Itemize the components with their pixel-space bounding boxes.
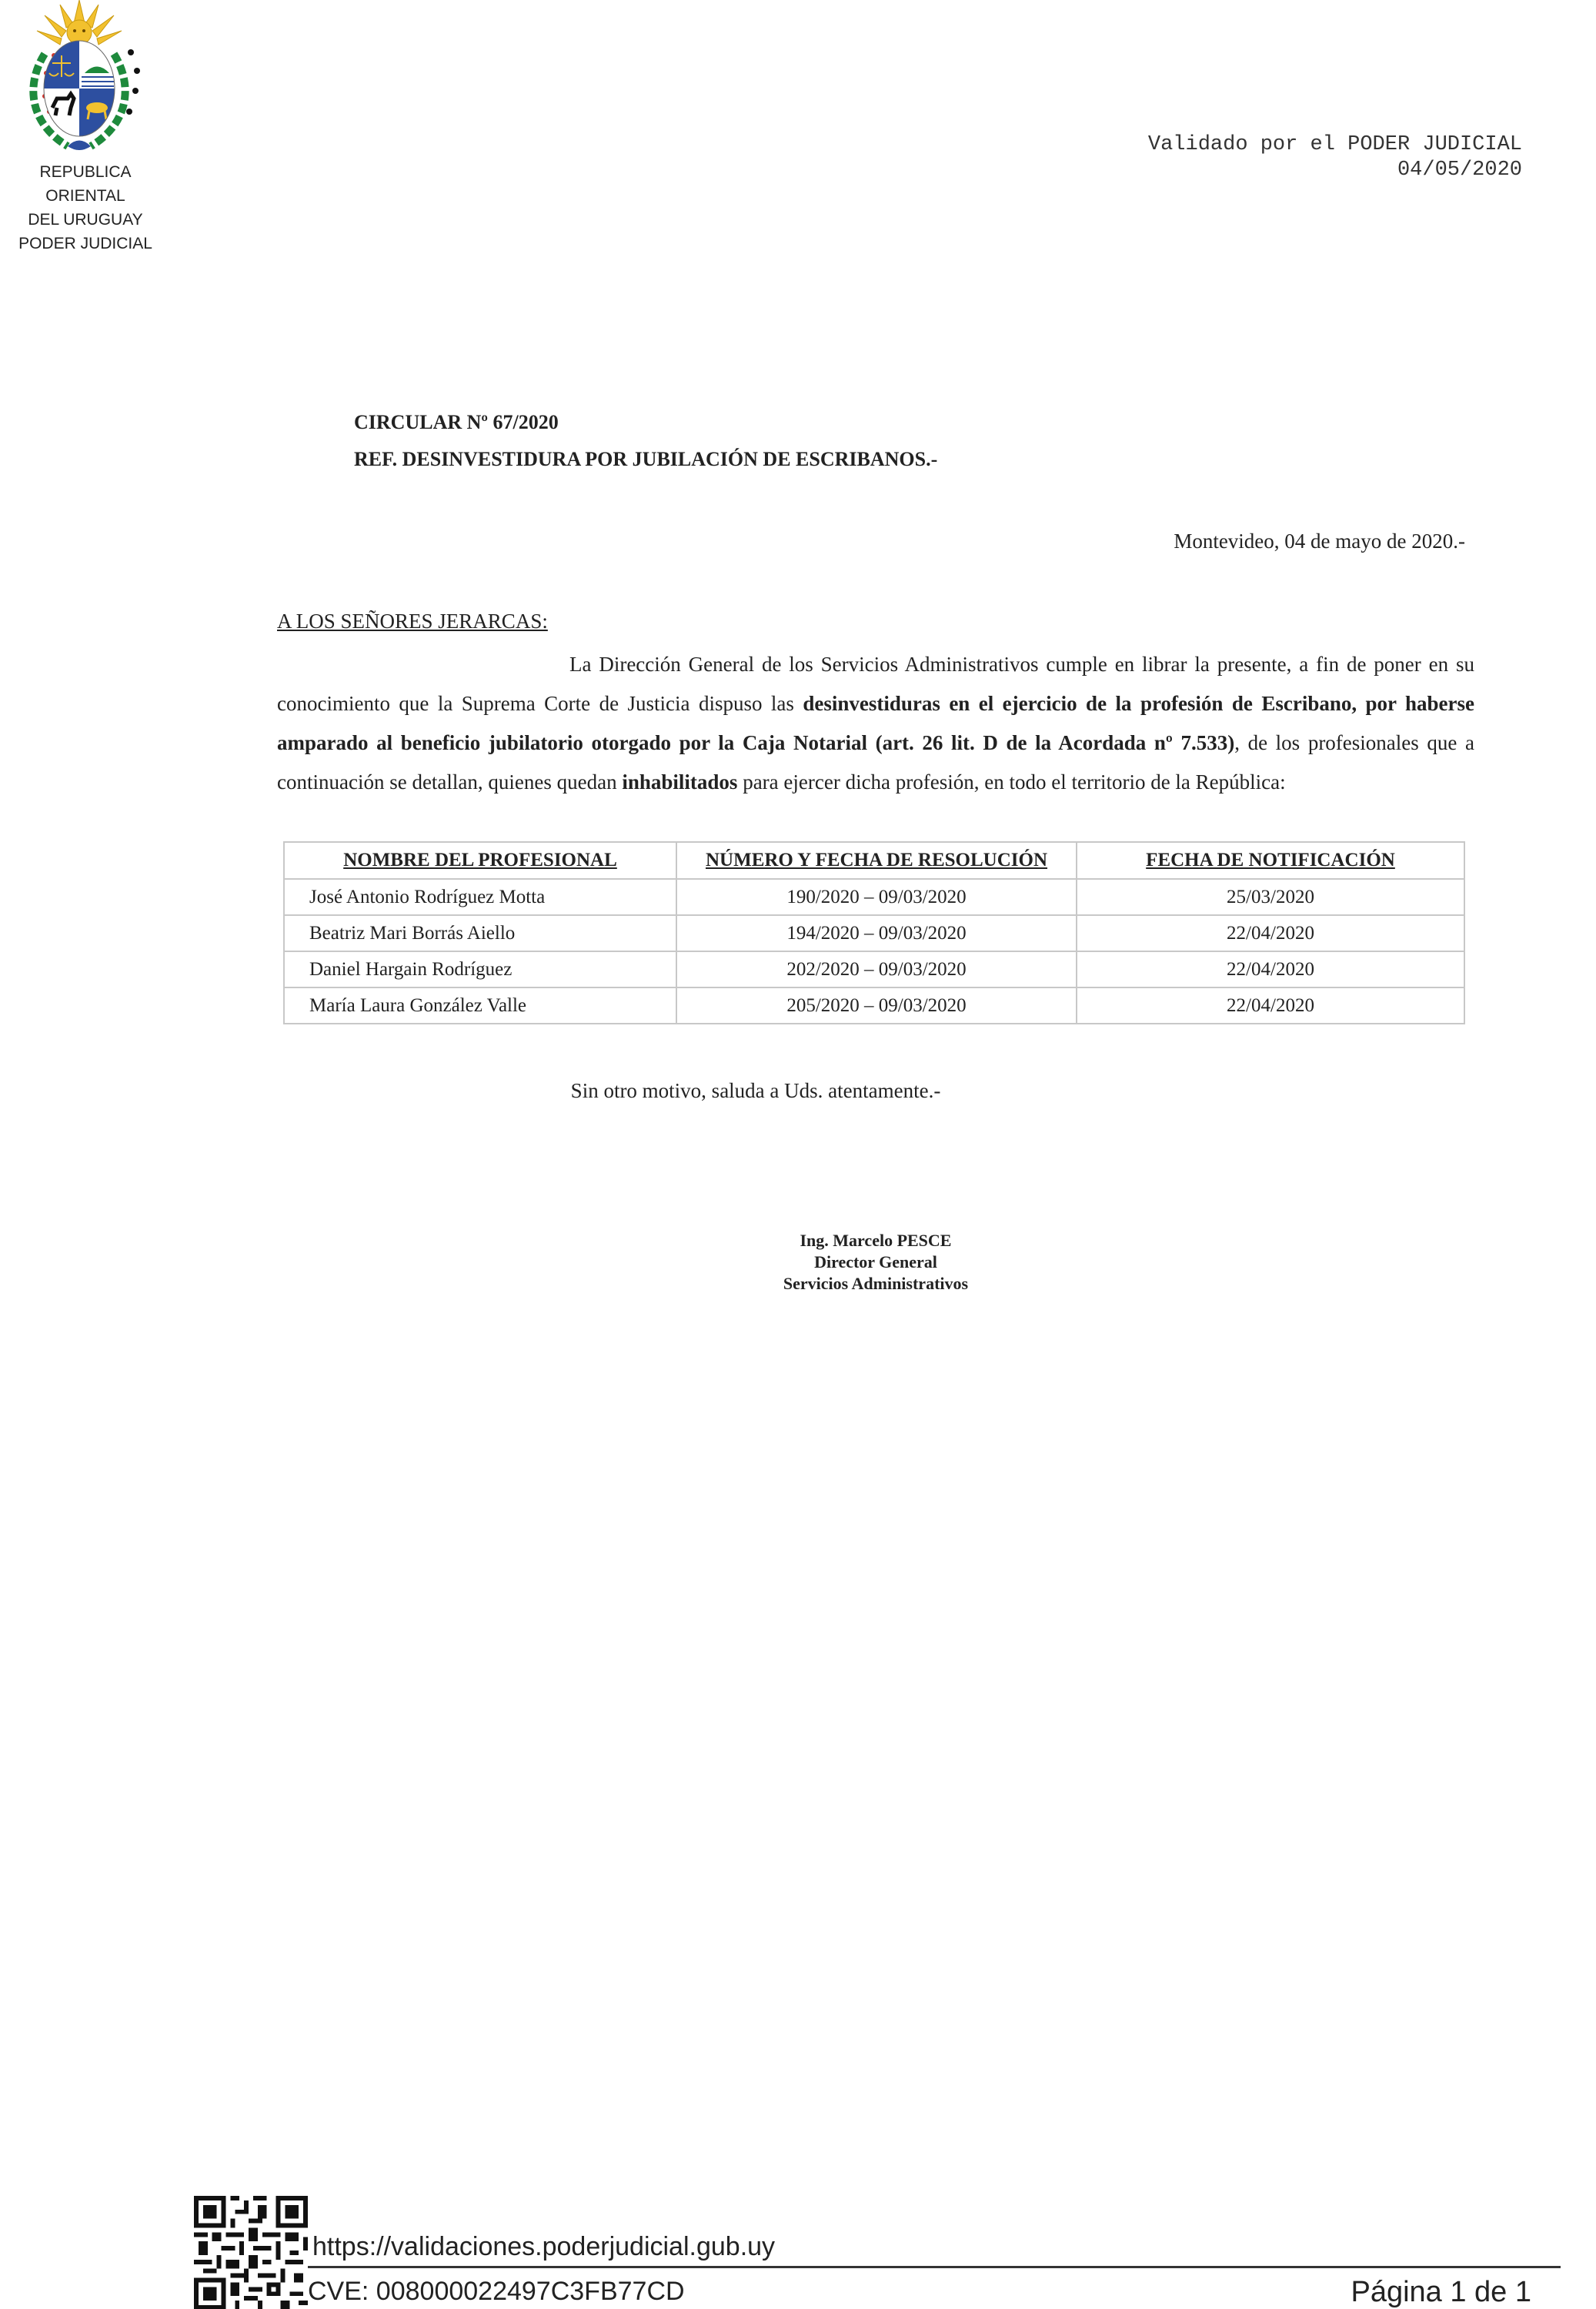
qr-code-icon <box>194 2196 308 2309</box>
table-row: Daniel Hargain Rodríguez 202/2020 – 09/0… <box>284 951 1464 987</box>
column-header-name: NOMBRE DEL PROFESIONAL <box>284 842 676 879</box>
page-number: Página 1 de 1 <box>1351 2276 1531 2309</box>
cell-notification: 22/04/2020 <box>1077 951 1464 987</box>
table-row: Beatriz Mari Borrás Aiello 194/2020 – 09… <box>284 915 1464 951</box>
cell-resolution: 194/2020 – 09/03/2020 <box>676 915 1077 951</box>
signatory-title: Director General <box>78 1251 1596 1273</box>
table-row: María Laura González Valle 205/2020 – 09… <box>284 987 1464 1024</box>
signatory-department: Servicios Administrativos <box>78 1273 1596 1295</box>
closing-text: Sin otro motivo, saluda a Uds. atentamen… <box>571 1079 941 1102</box>
column-header-resolution: NÚMERO Y FECHA DE RESOLUCIÓN <box>676 842 1077 879</box>
cell-resolution: 202/2020 – 09/03/2020 <box>676 951 1077 987</box>
cell-name: María Laura González Valle <box>284 987 676 1024</box>
cell-resolution: 190/2020 – 09/03/2020 <box>676 879 1077 915</box>
signatory-name: Ing. Marcelo PESCE <box>78 1230 1596 1251</box>
professionals-table: NOMBRE DEL PROFESIONAL NÚMERO Y FECHA DE… <box>283 841 1465 1024</box>
salutation: A LOS SEÑORES JERARCAS: <box>277 610 548 633</box>
body-paragraph: La Dirección General de los Servicios Ad… <box>277 645 1474 802</box>
institution-name: REPUBLICA ORIENTAL DEL URUGUAY PODER JUD… <box>0 160 171 256</box>
table-row: José Antonio Rodríguez Motta 190/2020 – … <box>284 879 1464 915</box>
reference-title: REF. DESINVESTIDURA POR JUBILACIÓN DE ES… <box>354 448 937 471</box>
place-date: Montevideo, 04 de mayo de 2020.- <box>1174 530 1465 553</box>
validation-date: 04/05/2020 <box>1148 158 1522 183</box>
institution-line-3: PODER JUDICIAL <box>0 232 171 256</box>
validation-url[interactable]: https://validaciones.poderjudicial.gub.u… <box>312 2232 775 2262</box>
cve-code: CVE: 008000022497C3FB77CD <box>308 2277 685 2307</box>
footer-divider <box>308 2266 1561 2268</box>
cell-resolution: 205/2020 – 09/03/2020 <box>676 987 1077 1024</box>
cell-notification: 25/03/2020 <box>1077 879 1464 915</box>
body-text-3: para ejercer dicha profesión, en todo el… <box>737 770 1285 794</box>
validation-text: Validado por el PODER JUDICIAL <box>1148 132 1522 158</box>
uruguay-coat-of-arms-icon <box>14 0 145 162</box>
institution-line-1: REPUBLICA ORIENTAL <box>0 160 171 208</box>
cell-name: Daniel Hargain Rodríguez <box>284 951 676 987</box>
cell-notification: 22/04/2020 <box>1077 915 1464 951</box>
circular-number: CIRCULAR Nº 67/2020 <box>354 411 559 434</box>
body-bold-2: inhabilitados <box>622 770 737 794</box>
cell-name: Beatriz Mari Borrás Aiello <box>284 915 676 951</box>
table-header-row: NOMBRE DEL PROFESIONAL NÚMERO Y FECHA DE… <box>284 842 1464 879</box>
cell-notification: 22/04/2020 <box>1077 987 1464 1024</box>
signature-block: Ing. Marcelo PESCE Director General Serv… <box>0 1230 1596 1295</box>
institution-line-2: DEL URUGUAY <box>0 208 171 232</box>
column-header-notification: FECHA DE NOTIFICACIÓN <box>1077 842 1464 879</box>
validation-stamp: Validado por el PODER JUDICIAL04/05/2020 <box>1148 132 1522 183</box>
closing-line: Sin otro motivo, saluda a Uds. atentamen… <box>0 1079 1596 1103</box>
cell-name: José Antonio Rodríguez Motta <box>284 879 676 915</box>
